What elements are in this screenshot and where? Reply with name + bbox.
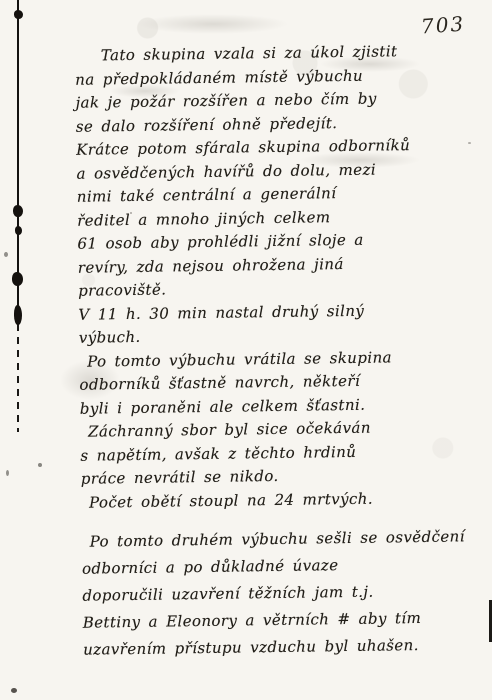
- scan-speckle: [11, 688, 17, 693]
- scan-speckle: [38, 463, 42, 467]
- scanned-document-page: 703 Tato skupina vzala si za úkol zjisti…: [0, 0, 492, 700]
- handwritten-text-block: Tato skupina vzala si za úkol zjistit na…: [75, 39, 473, 663]
- ink-blob-artifact: [14, 10, 23, 19]
- bleedthrough-smudge: [138, 14, 288, 34]
- page-number: 703: [420, 11, 466, 38]
- scan-speckle: [4, 252, 8, 257]
- handwritten-line: uzavřením přístupu vzduchu byl uhašen.: [83, 631, 472, 663]
- scan-speckle: [468, 142, 471, 144]
- ink-blob-artifact: [14, 305, 22, 325]
- ink-blob-artifact: [12, 272, 23, 286]
- handwritten-line: Po tomto druhém výbuchu sešli se osvědče…: [81, 523, 470, 555]
- handwritten-line: Počet obětí stoupl na 24 mrtvých.: [81, 486, 470, 515]
- binding-edge-artifact-tail: [17, 324, 19, 432]
- ink-blob-artifact: [13, 205, 23, 217]
- ink-blob-artifact: [15, 226, 22, 235]
- scan-speckle: [6, 470, 9, 476]
